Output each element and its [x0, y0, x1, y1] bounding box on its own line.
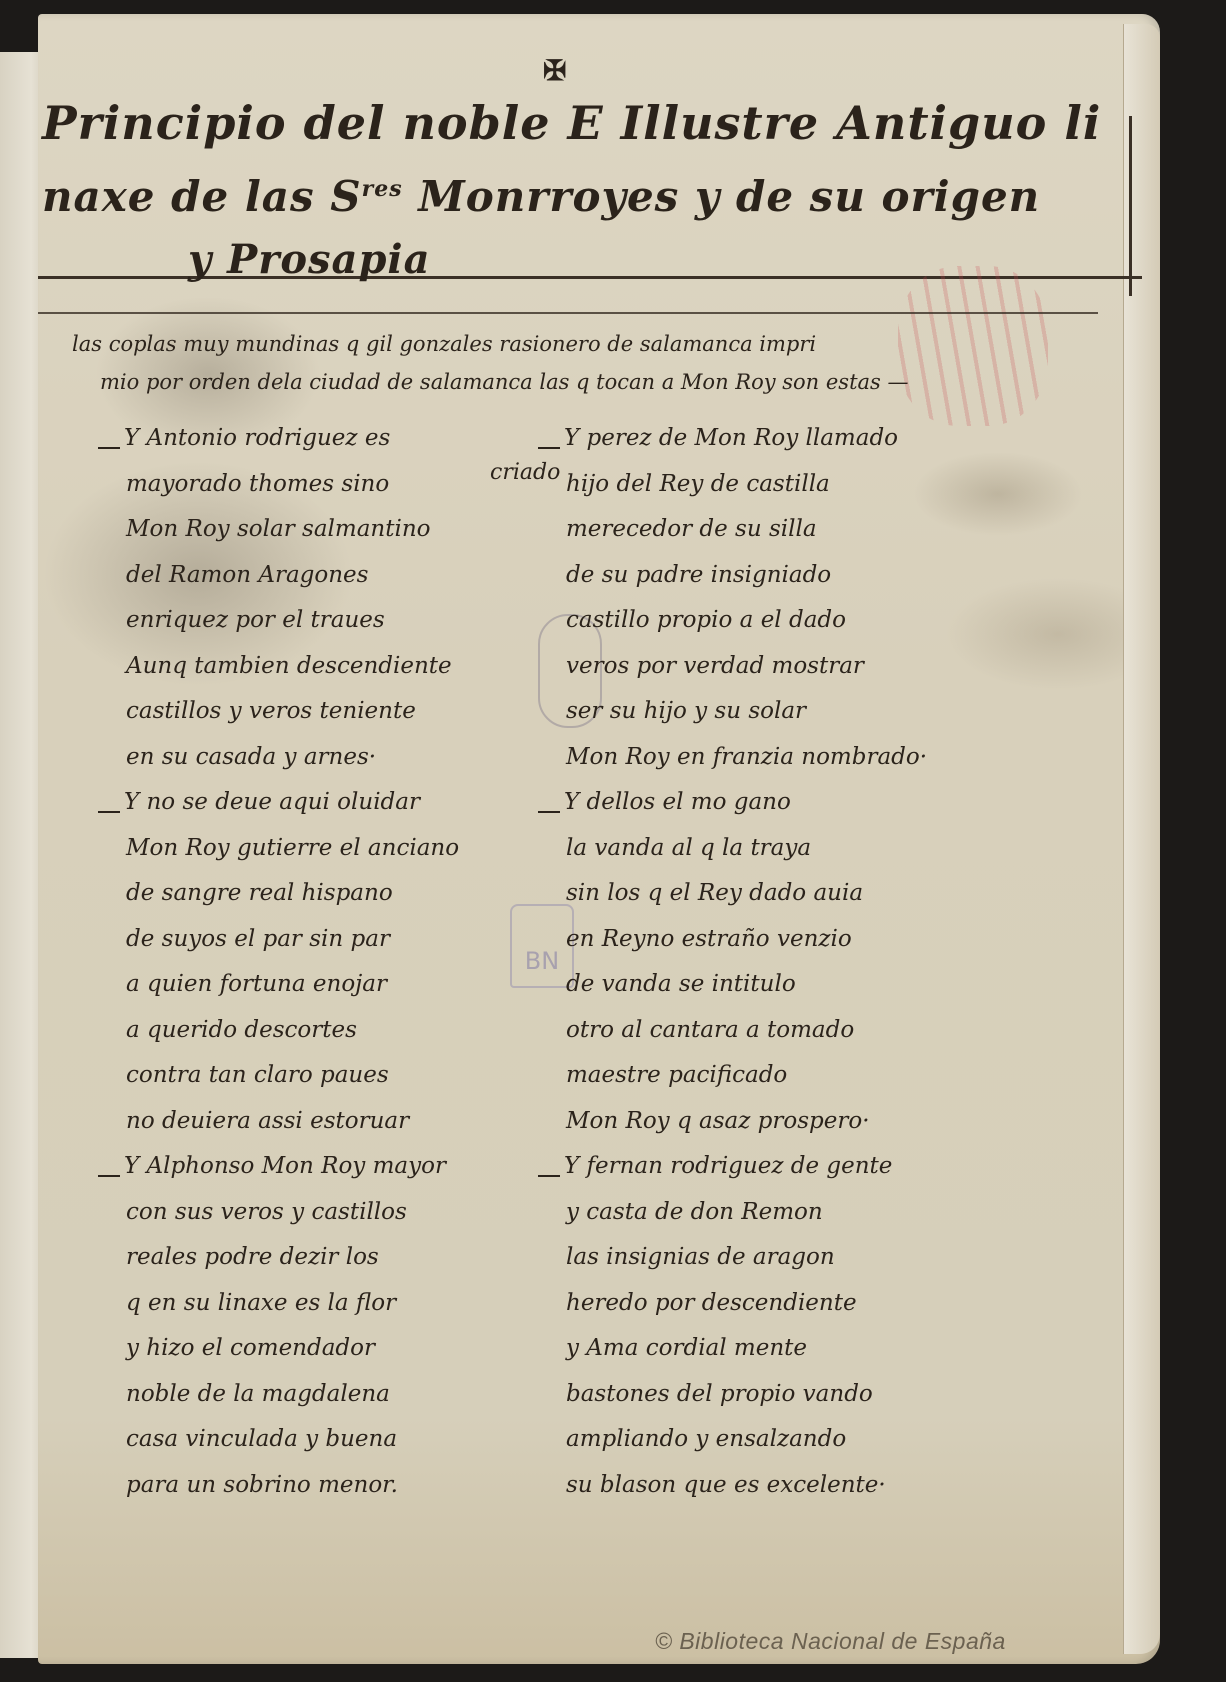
- verse-line: de su padre insigniado: [538, 553, 927, 599]
- verse-line: reales podre dezir los: [98, 1235, 459, 1281]
- verse-line: Aunq tambien descendiente: [98, 644, 459, 690]
- verse-line: y Ama cordial mente: [538, 1326, 927, 1372]
- title-line-2-post: Monrroyes y de su origen: [403, 172, 1041, 221]
- verse-line: Y dellos el mo gano: [538, 780, 927, 826]
- verse-line: las insignias de aragon: [538, 1235, 927, 1281]
- verse-line: noble de la magdalena: [98, 1372, 459, 1418]
- verse-line: en su casada y arnes·: [98, 735, 459, 781]
- verse-line: ampliando y ensalzando: [538, 1417, 927, 1463]
- verse-line: Y perez de Mon Roy llamado: [538, 416, 927, 462]
- verse-line: Mon Roy q asaz prospero·: [538, 1099, 927, 1145]
- intro-line-2: mio por orden dela ciudad de salamanca l…: [100, 370, 909, 394]
- verse-line: enriquez por el traues: [98, 598, 459, 644]
- verse-line: casa vinculada y buena: [98, 1417, 459, 1463]
- verse-line: Mon Roy en franzia nombrado·: [538, 735, 927, 781]
- red-stamp-mark: [898, 266, 1048, 426]
- verse-line: Y Antonio rodriguez es: [98, 416, 459, 462]
- verse-line: bastones del propio vando: [538, 1372, 927, 1418]
- left-verse-column: Y Antonio rodriguez es mayorado thomes s…: [98, 416, 459, 1508]
- verse-line: la vanda al q la traya: [538, 826, 927, 872]
- verse-line: otro al cantara a tomado: [538, 1008, 927, 1054]
- verse-line: del Ramon Aragones: [98, 553, 459, 599]
- verse-line: de sangre real hispano: [98, 871, 459, 917]
- verse-line: su blason que es excelente·: [538, 1463, 927, 1509]
- verse-line: q en su linaxe es la flor: [98, 1281, 459, 1327]
- verse-line: a quien fortuna enojar: [98, 962, 459, 1008]
- title-superscript: res: [362, 176, 403, 202]
- verse-line: en Reyno estraño venzio: [538, 917, 927, 963]
- verse-line: mayorado thomes sino: [98, 462, 459, 508]
- verse-line: Y no se deue aqui oluidar: [98, 780, 459, 826]
- verse-line: maestre pacificado: [538, 1053, 927, 1099]
- verse-line: y casta de don Remon: [538, 1190, 927, 1236]
- verse-line: con sus veros y castillos: [98, 1190, 459, 1236]
- title-line-2-pre: naxe de las S: [42, 172, 362, 221]
- verse-line: para un sobrino menor.: [98, 1463, 459, 1509]
- manuscript-page: ✠ Principio del noble E Illustre Antiguo…: [38, 14, 1160, 1664]
- verse-line: ser su hijo y su solar: [538, 689, 927, 735]
- cross-mark-icon: ✠: [543, 54, 566, 87]
- title-border-bar: [1129, 116, 1132, 296]
- verse-line: heredo por descendiente: [538, 1281, 927, 1327]
- verse-line: Mon Roy gutierre el anciano: [98, 826, 459, 872]
- copyright-watermark: © Biblioteca Nacional de España: [655, 1628, 1006, 1655]
- verse-line: Y Alphonso Mon Roy mayor: [98, 1144, 459, 1190]
- verse-line: de vanda se intitulo: [538, 962, 927, 1008]
- title-line-1: Principio del noble E Illustre Antiguo l…: [42, 96, 1101, 150]
- intro-divider: [38, 312, 1098, 314]
- title-line-2: naxe de las Sres Monrroyes y de su orige…: [42, 172, 1040, 221]
- right-verse-column: Y perez de Mon Roy llamado hijo del Rey …: [538, 416, 927, 1508]
- verse-line: hijo del Rey de castilla: [538, 462, 927, 508]
- verse-line: castillos y veros teniente: [98, 689, 459, 735]
- verse-line: sin los q el Rey dado auia: [538, 871, 927, 917]
- title-line-3: y Prosapia: [188, 236, 431, 283]
- verse-line: Y fernan rodriguez de gente: [538, 1144, 927, 1190]
- verse-line: Mon Roy solar salmantino: [98, 507, 459, 553]
- verse-line: de suyos el par sin par: [98, 917, 459, 963]
- verse-line: no deuiera assi estoruar: [98, 1099, 459, 1145]
- verse-line: castillo propio a el dado: [538, 598, 927, 644]
- verse-line: y hizo el comendador: [98, 1326, 459, 1372]
- verse-line: contra tan claro paues: [98, 1053, 459, 1099]
- verse-line: a querido descortes: [98, 1008, 459, 1054]
- intro-line-1: las coplas muy mundinas q gil gonzales r…: [72, 332, 816, 356]
- verse-line: merecedor de su silla: [538, 507, 927, 553]
- verse-line: veros por verdad mostrar: [538, 644, 927, 690]
